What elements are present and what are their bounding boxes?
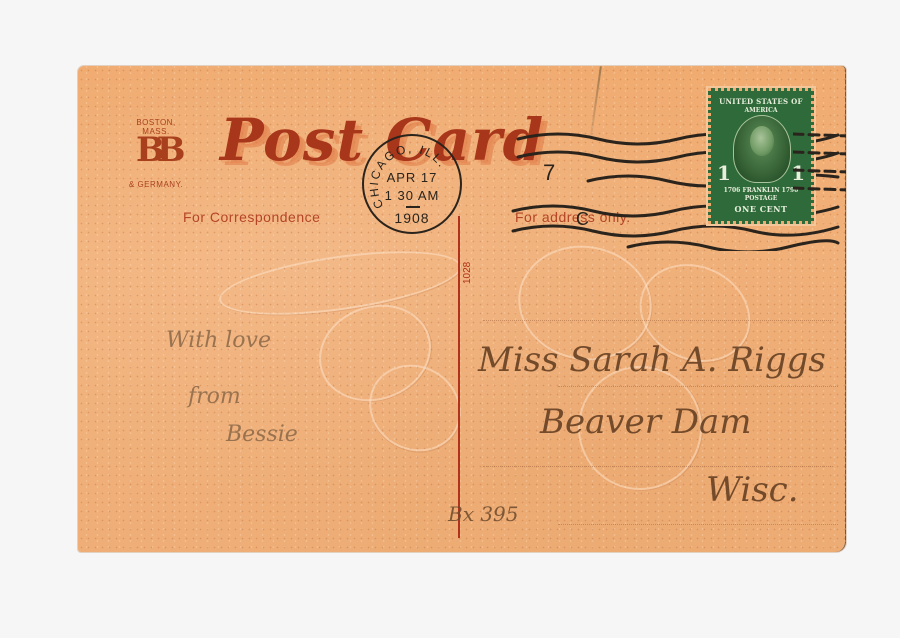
- postmark-bar: [406, 206, 420, 208]
- franklin-portrait-icon: [750, 126, 774, 156]
- recipient-box-number: Bx 395: [448, 502, 519, 526]
- postmark: CHICAGO, ILL. APR 17 1 30 AM 1908: [362, 134, 462, 234]
- recipient-city: Beaver Dam: [540, 402, 752, 442]
- postcard: BOSTON, MASS. BB & GERMANY. Post Card Fo…: [78, 66, 846, 552]
- address-line: [558, 524, 838, 525]
- message-line-1: With love: [166, 328, 271, 353]
- postmark-time: 1 30 AM: [364, 188, 460, 203]
- recipient-name: Miss Sarah A. Riggs: [478, 340, 826, 380]
- correspondence-label: For Correspondence: [183, 209, 320, 225]
- divider-code: 1028: [462, 262, 473, 284]
- cancellation-number: 7: [543, 160, 555, 186]
- cancellation-stubs: [793, 126, 846, 216]
- stamp-country-2: AMERICA: [711, 107, 811, 114]
- embossed-leaf: [215, 239, 464, 326]
- address-line: [483, 320, 833, 321]
- stamp-portrait-frame: [733, 115, 791, 183]
- center-divider: [458, 216, 460, 538]
- postmark-date: APR 17: [364, 170, 460, 185]
- publisher-logo: BOSTON, MASS. BB & GERMANY.: [122, 116, 190, 196]
- message-line-3: Bessie: [226, 422, 298, 447]
- cancellation-letter: C: [576, 209, 589, 230]
- recipient-state: Wisc.: [706, 470, 799, 510]
- divider-code-wrap: 1028: [462, 284, 484, 295]
- publisher-country: & GERMANY.: [122, 180, 190, 189]
- address-line: [483, 466, 833, 467]
- publisher-monogram: BB: [136, 130, 177, 170]
- stamp-denomination-left: 1: [717, 161, 731, 185]
- address-line: [558, 386, 838, 387]
- postmark-year: 1908: [364, 210, 460, 226]
- stamp-country: UNITED STATES OF: [711, 97, 811, 106]
- message-line-2: from: [188, 384, 241, 409]
